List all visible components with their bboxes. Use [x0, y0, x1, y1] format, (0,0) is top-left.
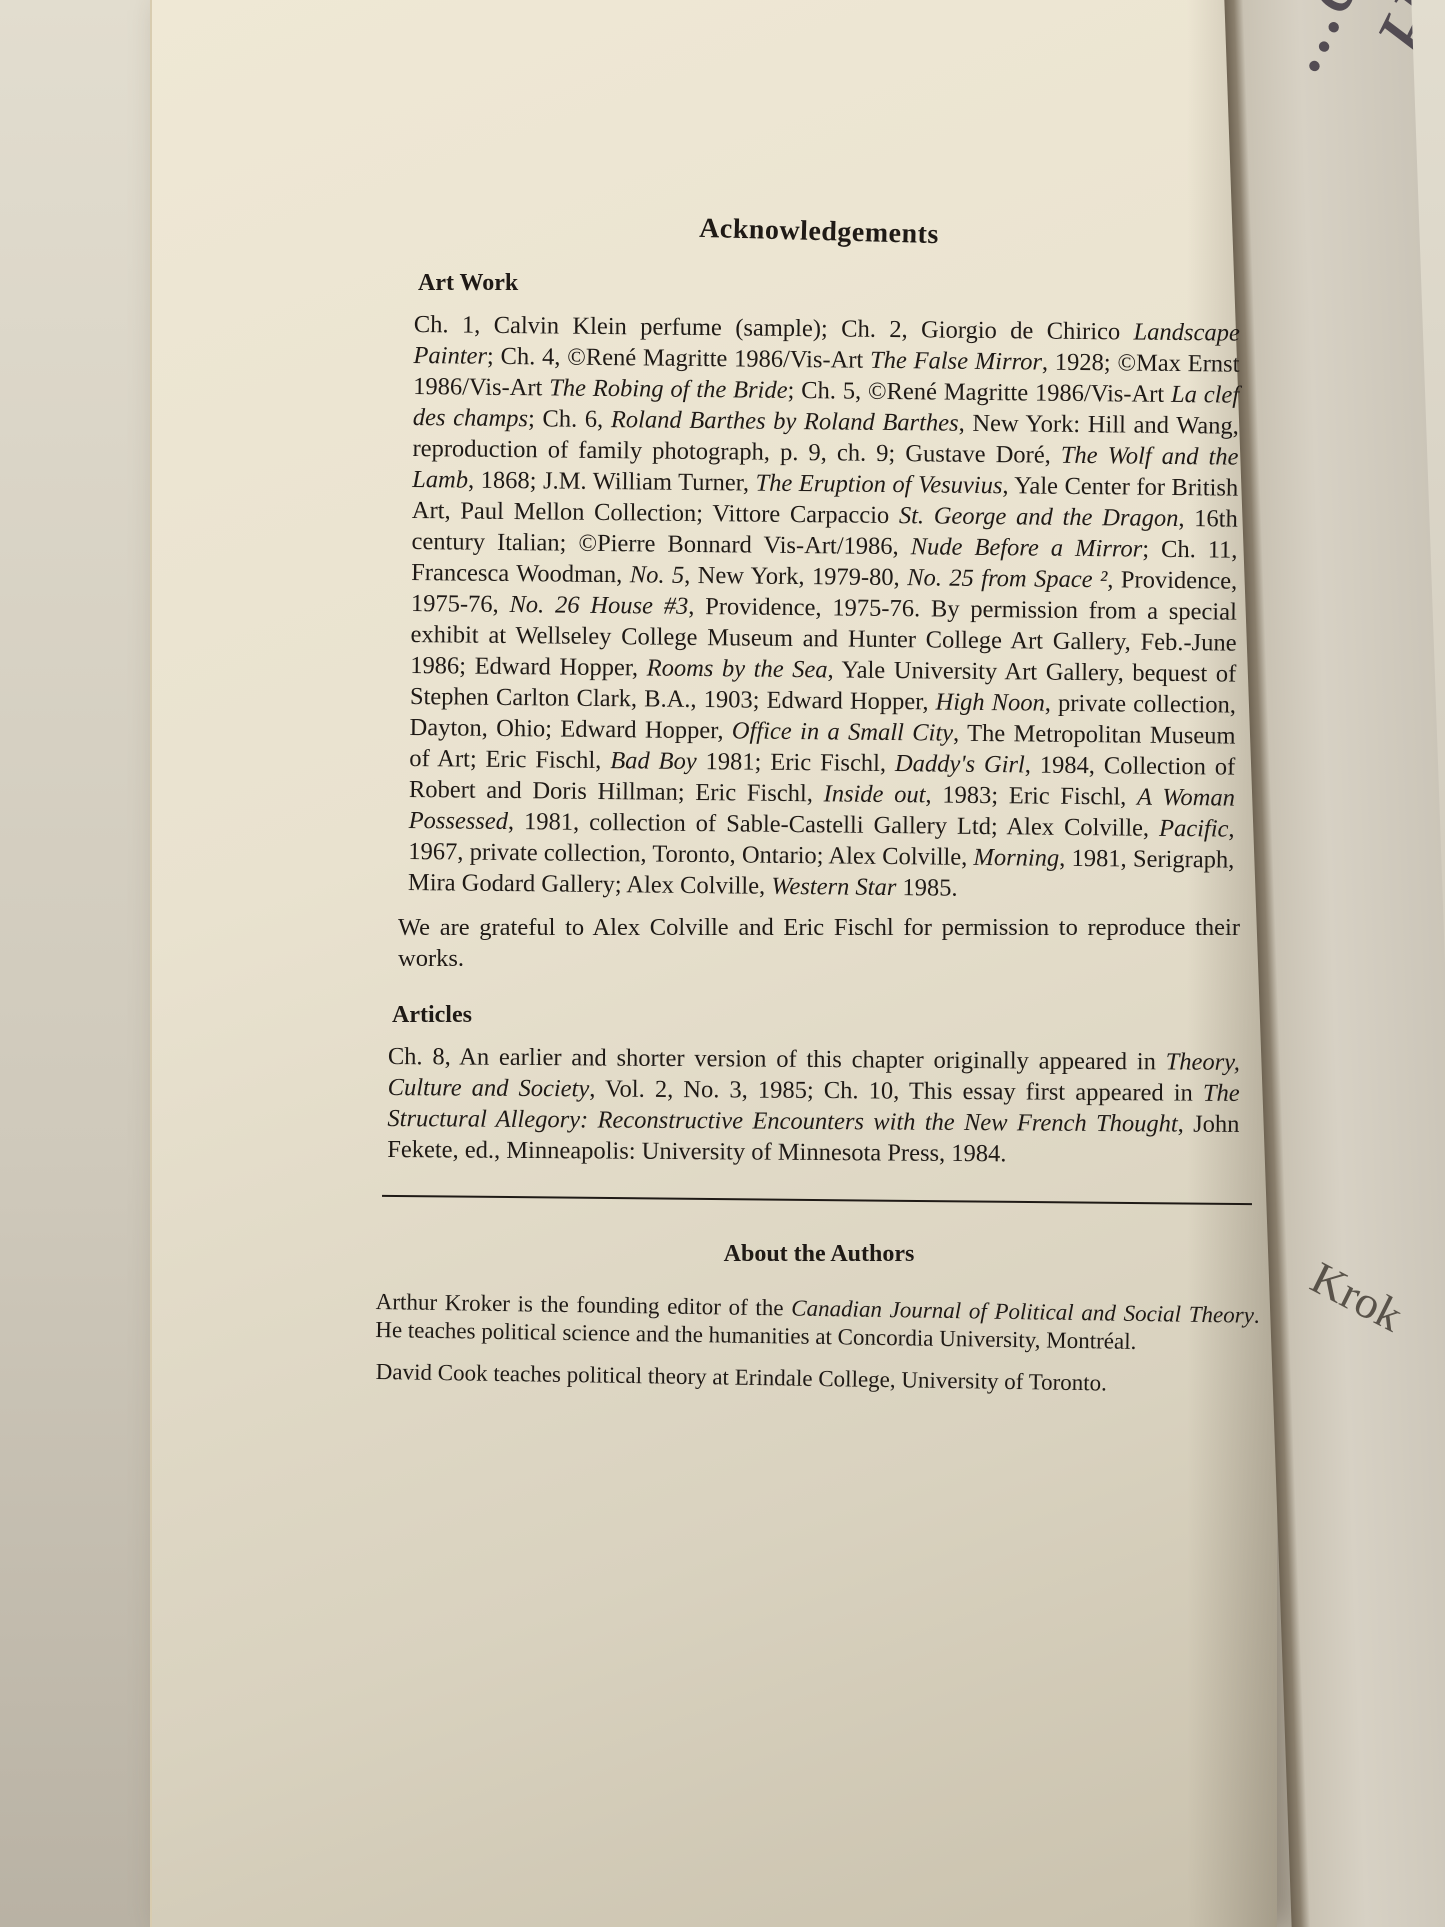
articles-heading: Articles — [392, 1002, 1240, 1029]
next-page-title-line1: ...ental Cul — [1245, 0, 1445, 85]
art-work-paragraph: Ch. 1, Calvin Klein perfume (sample); Ch… — [408, 309, 1240, 907]
section-divider — [382, 1195, 1252, 1205]
next-page-title: ...ental Cul Hyper-Aesth — [1246, 0, 1445, 130]
cook-bio: David Cook teaches political theory at E… — [376, 1358, 1260, 1400]
art-work-heading: Art Work — [418, 270, 1240, 297]
about-authors-heading: About the Authors — [398, 1241, 1240, 1268]
page-content: Acknowledgements Art Work Ch. 1, Calvin … — [398, 216, 1240, 1400]
next-page-author: Krok — [1303, 1251, 1411, 1342]
articles-paragraph: Ch. 8, An earlier and shorter version of… — [387, 1041, 1240, 1171]
grateful-paragraph: We are grateful to Alex Colville and Eri… — [398, 912, 1240, 974]
next-page-title-line2: Hyper-Aesth — [1358, 0, 1445, 77]
kroker-bio: Arthur Kroker is the founding editor of … — [375, 1288, 1260, 1358]
